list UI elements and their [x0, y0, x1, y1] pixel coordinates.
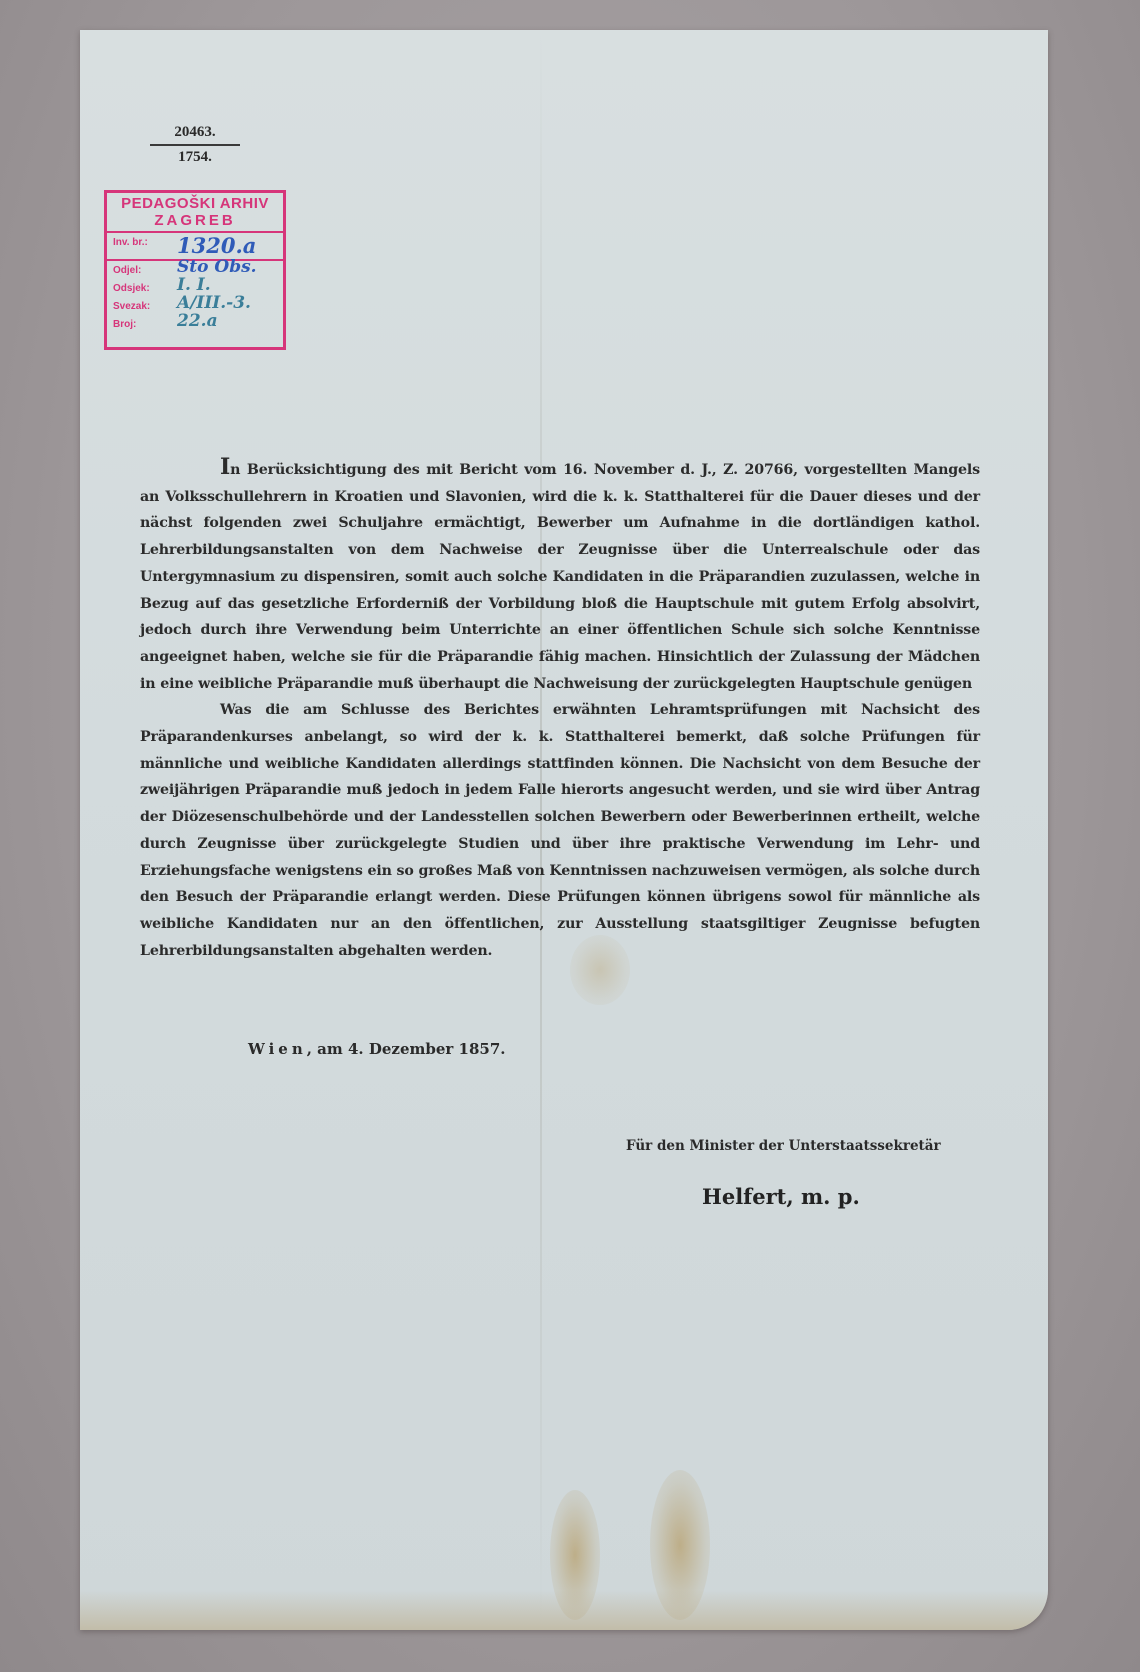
reference-number-bottom: 1754.: [150, 146, 240, 166]
handwritten-value: 1320.a: [177, 233, 256, 258]
stamp-label: Odjel:: [113, 265, 141, 276]
handwritten-value: Sto Obs.: [177, 257, 257, 277]
signature: Helfert, m. p.: [702, 1184, 860, 1209]
stamp-header-city: ZAGREB: [107, 212, 283, 229]
handwritten-value: I. I.: [177, 275, 211, 295]
place: Wien: [248, 1040, 307, 1058]
stamp-label: Svezak:: [113, 301, 150, 312]
paragraph-2: Was die am Schlusse des Berichtes erwähn…: [140, 697, 980, 964]
paragraph-1: In Berücksichtigung des mit Bericht vom …: [140, 454, 980, 697]
reference-number: 20463. 1754.: [150, 124, 240, 166]
stamp-label: Odsjek:: [113, 283, 150, 294]
stamp-label: Inv. br.:: [113, 237, 148, 248]
stamp-header-institution: PEDAGOŠKI ARHIV: [107, 195, 283, 212]
signoff-line: Für den Minister der Unterstaatssekretär: [626, 1138, 941, 1154]
stamp-header: PEDAGOŠKI ARHIV ZAGREB: [107, 193, 283, 233]
stamp-label: Broj:: [113, 319, 136, 330]
handwritten-value: 22.a: [177, 311, 218, 331]
place-and-date: Wien, am 4. Dezember 1857.: [248, 1040, 505, 1058]
stamp-field-number: Broj: 22.a: [107, 315, 283, 333]
water-stain: [650, 1470, 710, 1620]
document-body: In Berücksichtigung des mit Bericht vom …: [140, 454, 980, 964]
water-stain: [550, 1490, 600, 1620]
initial-letter: I: [220, 454, 230, 480]
reference-number-top: 20463.: [150, 124, 240, 146]
archive-stamp: PEDAGOŠKI ARHIV ZAGREB Inv. br.: 1320.a …: [104, 190, 286, 350]
paragraph-1-text: n Berücksichtigung des mit Bericht vom 1…: [140, 462, 980, 692]
handwritten-value: A/III.-3.: [177, 293, 251, 313]
date: , am 4. Dezember 1857.: [307, 1040, 506, 1058]
